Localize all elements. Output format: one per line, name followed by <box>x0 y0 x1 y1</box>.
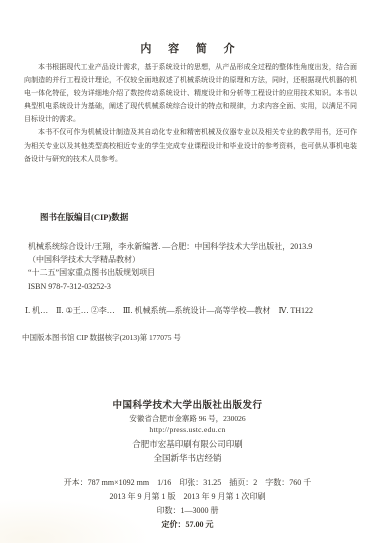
cip-entry-block: 机械系统综合设计/王翔，李永新编著. —合肥：中国科学技术大学出版社，2013.… <box>28 240 358 293</box>
intro-title: 内 容 简 介 <box>0 40 375 56</box>
publisher-url: http://press.ustc.edu.cn <box>0 425 375 434</box>
cip-isbn: ISBN 978-7-312-03252-3 <box>28 280 358 293</box>
cip-record-number: 中国版本图书馆 CIP 数据核字(2013)第 177075 号 <box>22 332 181 343</box>
book-copyright-page: 内 容 简 介 本书根据现代工业产品设计需求，基于系统设计的思想，从产品形成全过… <box>0 0 375 543</box>
format-spec-line: 开本：787 mm×1092 mm 1/16 印张：31.25 插页：2 字数：… <box>0 477 375 488</box>
cip-series-statement: （中国科学技术大学精品教材） <box>28 253 358 266</box>
printer-name: 合肥市宏基印刷有限公司印刷 <box>0 438 375 450</box>
publisher-name: 中国科学技术大学出版社出版发行 <box>0 397 375 411</box>
intro-paragraph-1: 本书根据现代工业产品设计需求，基于系统设计的思想，从产品形成全过程的整体性角度出… <box>24 61 357 126</box>
price-line: 定价：57.00 元 <box>0 519 375 530</box>
cip-plan-statement: “十二五”国家重点图书出版规划项目 <box>28 266 358 279</box>
print-run-line: 印数：1—3000 册 <box>0 505 375 516</box>
distributor-name: 全国新华书店经销 <box>0 452 375 464</box>
publisher-address: 安徽省合肥市金寨路 96 号，230026 <box>0 413 375 424</box>
intro-paragraph-2: 本书不仅可作为机械设计制造及其自动化专业和精密机械及仪器专业以及相关专业的教学用… <box>24 126 357 165</box>
edition-line: 2013 年 9 月第 1 版 2013 年 9 月第 1 次印刷 <box>0 491 375 502</box>
intro-body: 本书根据现代工业产品设计需求，基于系统设计的思想，从产品形成全过程的整体性角度出… <box>24 61 357 166</box>
cip-title-statement: 机械系统综合设计/王翔，李永新编著. —合肥：中国科学技术大学出版社，2013.… <box>28 240 358 253</box>
cip-classification: Ⅰ. 机… Ⅱ. ①王… ②李… Ⅲ. 机械系统—系统设计—高等学校—教材 Ⅳ.… <box>25 305 365 316</box>
cip-data-header: 图书在版编目(CIP)数据 <box>40 211 128 223</box>
